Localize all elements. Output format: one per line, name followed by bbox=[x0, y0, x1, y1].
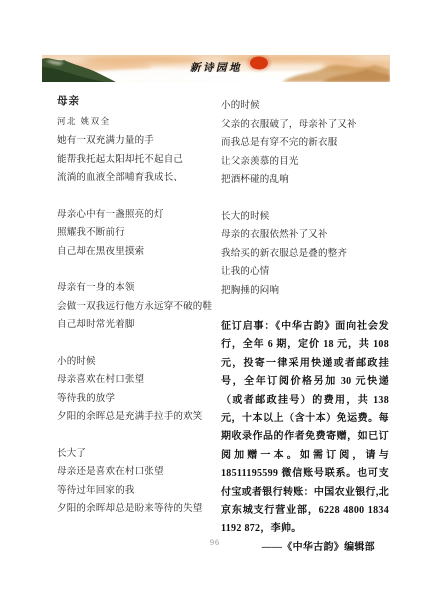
poem-line: 让父亲羡慕的目光 bbox=[221, 153, 389, 172]
poem-line: 会做一双我远行他方永远穿不破的鞋 bbox=[57, 298, 209, 317]
poem-line: 母亲还是喜欢在村口张望 bbox=[57, 463, 209, 482]
poem-line: 母亲心中有一盏照亮的灯 bbox=[57, 206, 209, 225]
poem-line: 把酒杯碰的乱响 bbox=[221, 171, 389, 190]
poem-line: 小的时候 bbox=[221, 97, 389, 116]
poem-line: 母亲喜欢在村口张望 bbox=[57, 371, 209, 390]
poem-line: 母亲有一身的本领 bbox=[57, 279, 209, 298]
stanza: 长大的时候母亲的衣服依然补了又补我给买的新衣服总是叠的整齐让我的心情把胸捶的闷响 bbox=[221, 208, 389, 301]
poem-line: 我给买的新衣服总是叠的整齐 bbox=[221, 245, 389, 264]
stanza: 母亲心中有一盏照亮的灯照耀我不断前行自己却在黑夜里摸索 bbox=[57, 206, 209, 262]
poem-line: 自己却在黑夜里摸索 bbox=[57, 243, 209, 262]
poem-line: 让我的心情 bbox=[221, 263, 389, 282]
magazine-page: 新诗园地 母亲 河北 姚双全 她有一双充满力量的手能帮我托起太阳却托不起自己流淌… bbox=[0, 0, 430, 600]
poem-line: 而我总是有穿不完的新衣服 bbox=[221, 134, 389, 153]
poem-line: 父亲的衣服破了，母亲补了又补 bbox=[221, 116, 389, 135]
poem-column-left: 母亲 河北 姚双全 她有一双充满力量的手能帮我托起太阳却托不起自己流淌的血液全部… bbox=[57, 92, 209, 537]
subscription-notice: 征订启事：《中华古韵》面向社会发行，全年 6 期，定价 18 元，共 108 元… bbox=[221, 318, 389, 539]
poem-line: 把胸捶的闷响 bbox=[221, 282, 389, 301]
poem-line: 她有一双充满力量的手 bbox=[57, 132, 209, 151]
page-number: 96 bbox=[0, 538, 430, 547]
stanza: 她有一双充满力量的手能帮我托起太阳却托不起自己流淌的血液全部哺育我成长、 bbox=[57, 132, 209, 188]
poem-line: 母亲的衣服依然补了又补 bbox=[221, 226, 389, 245]
poem-line: 夕阳的余晖却总是盼来等待的失望 bbox=[57, 500, 209, 519]
poem-line: 等待我的放学 bbox=[57, 390, 209, 409]
poem-stanzas-left: 她有一双充满力量的手能帮我托起太阳却托不起自己流淌的血液全部哺育我成长、母亲心中… bbox=[57, 132, 209, 519]
poem-line: 等待过年回家的我 bbox=[57, 482, 209, 501]
stanza: 小的时候父亲的衣服破了，母亲补了又补而我总是有穿不完的新衣服让父亲羡慕的目光把酒… bbox=[221, 97, 389, 190]
poem-author: 河北 姚双全 bbox=[57, 112, 209, 130]
poem-column-right: 小的时候父亲的衣服破了，母亲补了又补而我总是有穿不完的新衣服让父亲羡慕的目光把酒… bbox=[221, 92, 389, 557]
banner-title: 新诗园地 bbox=[42, 60, 390, 75]
poem-line: 夕阳的余晖总是充满手拉手的欢笑 bbox=[57, 408, 209, 427]
poem-title: 母亲 bbox=[57, 92, 209, 112]
stanza: 长大了母亲还是喜欢在村口张望等待过年回家的我夕阳的余晖却总是盼来等待的失望 bbox=[57, 445, 209, 519]
stanza: 母亲有一身的本领会做一双我远行他方永远穿不破的鞋自己却时常光着脚 bbox=[57, 279, 209, 335]
header-banner: 新诗园地 bbox=[42, 55, 390, 82]
poem-line: 照耀我不断前行 bbox=[57, 224, 209, 243]
poem-line: 长大的时候 bbox=[221, 208, 389, 227]
poem-line: 能帮我托起太阳却托不起自己 bbox=[57, 151, 209, 170]
poem-line: 流淌的血液全部哺育我成长、 bbox=[57, 169, 209, 188]
poem-line: 小的时候 bbox=[57, 353, 209, 372]
poem-line: 自己却时常光着脚 bbox=[57, 316, 209, 335]
stanza: 小的时候母亲喜欢在村口张望等待我的放学夕阳的余晖总是充满手拉手的欢笑 bbox=[57, 353, 209, 427]
poem-stanzas-right: 小的时候父亲的衣服破了，母亲补了又补而我总是有穿不完的新衣服让父亲羡慕的目光把酒… bbox=[221, 97, 389, 300]
poem-line: 长大了 bbox=[57, 445, 209, 464]
